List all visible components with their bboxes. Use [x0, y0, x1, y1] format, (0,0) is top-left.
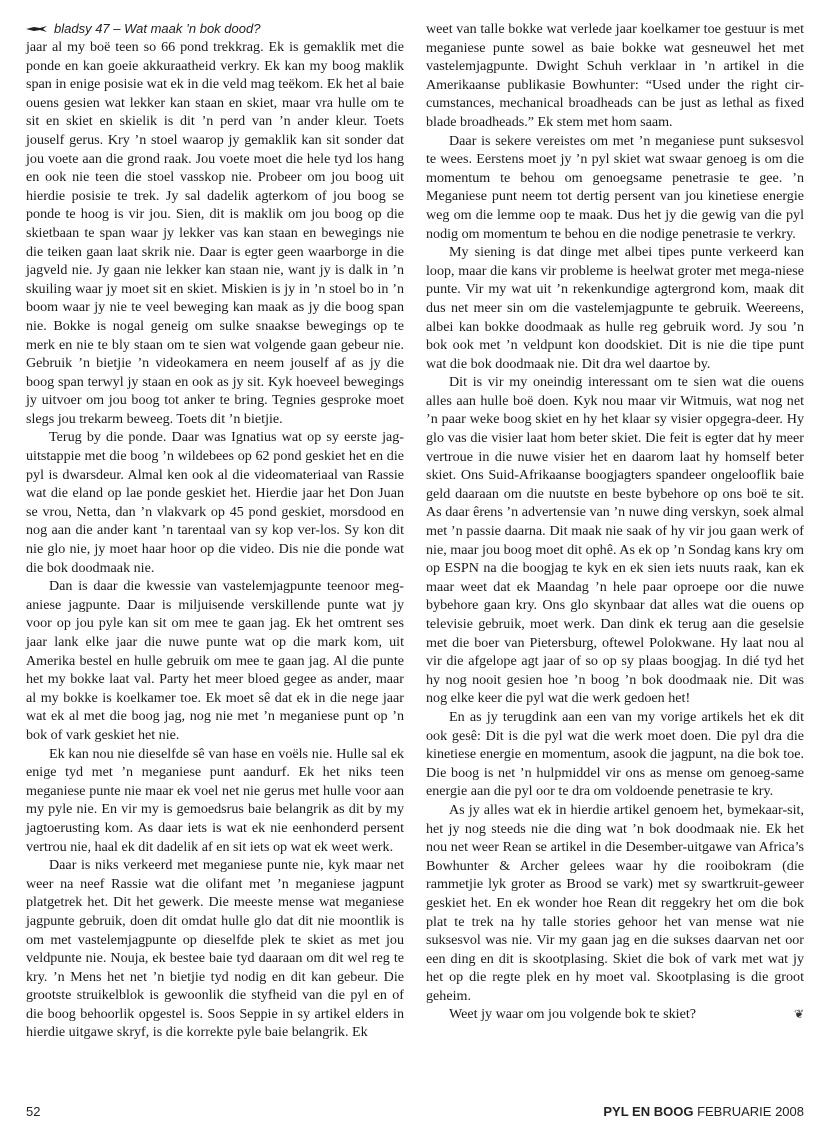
paragraph: Dan is daar die kwessie van vastelemjagp…: [26, 577, 404, 744]
paragraph: As jy alles wat ek in hierdie artikel ge…: [426, 801, 804, 1006]
magazine-page: bladsy 47 – Wat maak ’n bok dood? jaar a…: [0, 0, 826, 1139]
paragraph: weet van talle bokke wat verlede jaar ko…: [426, 20, 804, 132]
paragraph: Ek kan nou nie dieselfde sê van hase en …: [26, 745, 404, 857]
left-column: bladsy 47 – Wat maak ’n bok dood? jaar a…: [26, 20, 404, 1042]
paragraph: Daar is niks verkeerd met meganiese punt…: [26, 856, 404, 1042]
paragraph: Dit is vir my oneindig interessant om te…: [426, 373, 804, 708]
continuation-label: bladsy 47 – Wat maak ’n bok dood?: [54, 20, 260, 38]
paragraph: Terug by die ponde. Daar was Ignatius wa…: [26, 428, 404, 577]
end-mark-icon: ❦: [771, 1005, 804, 1024]
closing-text: Weet jy waar om jou volgende bok te skie…: [449, 1006, 696, 1022]
paragraph: My siening is dat dinge met albei tipes …: [426, 243, 804, 373]
arrow-icon: [26, 25, 48, 33]
page-number: 52: [26, 1104, 40, 1119]
right-column: weet van talle bokke wat verlede jaar ko…: [426, 20, 804, 1024]
paragraph: Daar is sekere vereistes om met ’n megan…: [426, 132, 804, 244]
footer-masthead: PYL EN BOOG FEBRUARIE 2008: [603, 1104, 804, 1119]
issue-date: FEBRUARIE 2008: [697, 1104, 804, 1119]
paragraph: En as jy terugdink aan een van my vorige…: [426, 708, 804, 801]
magazine-name: PYL EN BOOG: [603, 1104, 693, 1119]
continuation-header: bladsy 47 – Wat maak ’n bok dood?: [26, 20, 404, 38]
closing-line: Weet jy waar om jou volgende bok te skie…: [426, 1005, 804, 1024]
paragraph: jaar al my boë teen so 66 pond trekkrag.…: [26, 38, 404, 428]
